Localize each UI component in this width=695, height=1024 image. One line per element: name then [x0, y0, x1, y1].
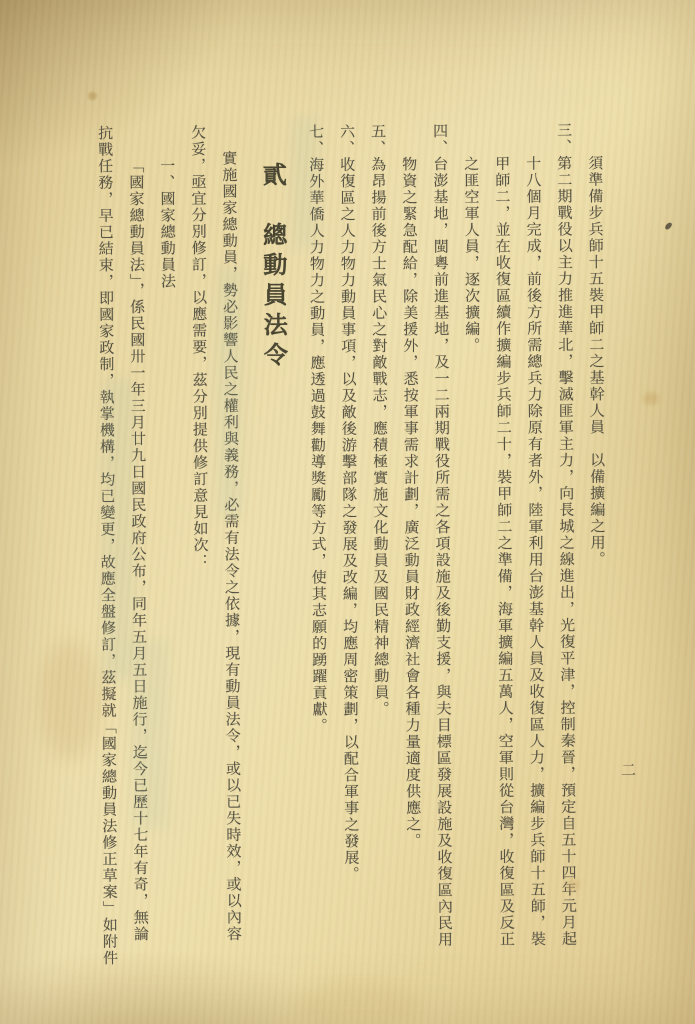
text-column: 十八個月完成，前後方所需總兵力除原有者外，陸軍利用台澎基幹人員及收復區人力，擴編…: [516, 122, 552, 1007]
document-page: 須準備步兵師十五裝甲師二之基幹人員 以備擴編之用。 三、第二期戰役以主力推進華北…: [0, 0, 695, 1024]
text-column: 五、為昂揚前後方士氣民心之對敵戰志，應積極實施文化動員及國民精神總動員。: [361, 123, 397, 975]
text-column: 物資之緊急配給，除美援外，悉按軍事需求計劃，廣泛動員財政經濟社會各種力量適度供應…: [392, 123, 428, 1008]
section-heading: 貳 總動員法令: [248, 124, 299, 1014]
text-column: 四、台澎基地，閩粵前進基地，及一二兩期戰役所需之各項設施及後勤支援，與夫目標區發…: [423, 123, 459, 975]
text-column: 須準備步兵師十五裝甲師二之基幹人員 以備擴編之用。: [578, 122, 614, 1007]
text-column: 之匪空軍人員，逐次擴編。: [454, 123, 490, 1008]
text-column: 實施國家總動員，勢必影響人民之權利與義務，必需有法令之依據，現有動員法令，或以已…: [212, 124, 248, 1002]
text-column: 欠妥，亟宜分別修訂，以應需要，茲分別提供修訂意見如次：: [181, 124, 217, 976]
vertical-text-block: 須準備步兵師十五裝甲師二之基幹人員 以備擴編之用。 三、第二期戰役以主力推進華北…: [88, 122, 614, 977]
ink-speck: [664, 221, 673, 230]
paper-stain: [88, 92, 97, 100]
paper-stain: [643, 392, 659, 405]
page-number: 二: [612, 762, 638, 777]
text-column: 六、收復區之人力物力動員事項，以及敵後游擊部隊之發展及改編，均應周密策劃，以配合…: [330, 124, 366, 976]
text-column: 「國家總動員法」，係民國卅一年三月廿九日國民政府公布，同年五月五日施行，迄今已歷…: [119, 125, 155, 1010]
text-column: 七、海外華僑人力物力之動員，應透過鼓舞勸導獎勵等方式，使其志願的踴躍貢獻。: [299, 124, 335, 976]
text-column: 三、第二期戰役以主力推進華北，擊滅匪軍主力，向長城之線進出，光復平津，控制秦晉，…: [547, 122, 583, 974]
text-column: 抗戰任務，早已結束，即國家政制，執掌機構，均已變更，故應全盤修訂，茲擬就「國家總…: [88, 125, 124, 977]
text-column: 甲師二，並在收復區續作擴編步兵師二十，裝甲師二之準備，海軍擴編五萬人，空軍則從台…: [485, 123, 521, 1008]
sub-heading: 一、國家總動員法: [150, 125, 186, 1010]
